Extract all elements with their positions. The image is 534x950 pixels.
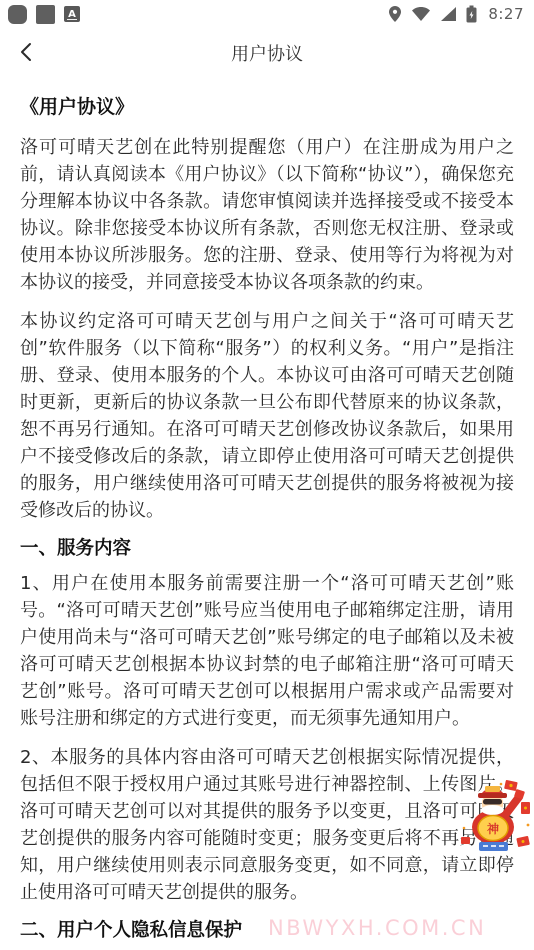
back-button[interactable] — [10, 36, 44, 70]
cellular-signal-icon — [440, 6, 457, 22]
section-heading-service-content: 一、服务内容 — [20, 536, 514, 562]
sticker-coin-character: 神 — [487, 821, 499, 836]
agreement-doc-title: 《用户协议》 — [20, 94, 514, 120]
nav-header: 用户协议 — [0, 28, 534, 78]
page-title: 用户协议 — [231, 40, 303, 66]
section-heading-privacy: 二、用户个人隐私信息保护 — [20, 918, 514, 944]
agreement-paragraph: 2、本服务的具体内容由洛可可晴天艺创根据实际情况提供，包括但不限于授权用户通过其… — [20, 744, 514, 906]
agreement-paragraph: 洛可可晴天艺创在此特别提醒您（用户）在注册成为用户之前，请认真阅读本《用户协议》… — [20, 134, 514, 296]
notification-app-icon-square — [36, 5, 55, 24]
battery-charging-icon — [466, 5, 477, 23]
location-icon — [388, 5, 402, 23]
status-time: 8:27 — [488, 5, 524, 23]
wifi-icon — [411, 6, 431, 22]
agreement-paragraph: 1、用户在使用本服务前需要注册一个“洛可可晴天艺创”账号。“洛可可晴天艺创”账号… — [20, 570, 514, 732]
status-bar: A 8:27 — [0, 0, 534, 28]
agreement-paragraph: 本协议约定洛可可晴天艺创与用户之间关于“洛可可晴天艺创”软件服务（以下简称“服务… — [20, 308, 514, 524]
notification-app-icon-rounded — [8, 5, 27, 24]
input-method-a-icon: A — [64, 6, 80, 22]
agreement-scroll-area[interactable]: 《用户协议》 洛可可晴天艺创在此特别提醒您（用户）在注册成为用户之前，请认真阅读… — [0, 94, 534, 944]
chevron-left-icon — [17, 42, 37, 65]
god-of-wealth-sticker: 神 — [460, 780, 532, 864]
